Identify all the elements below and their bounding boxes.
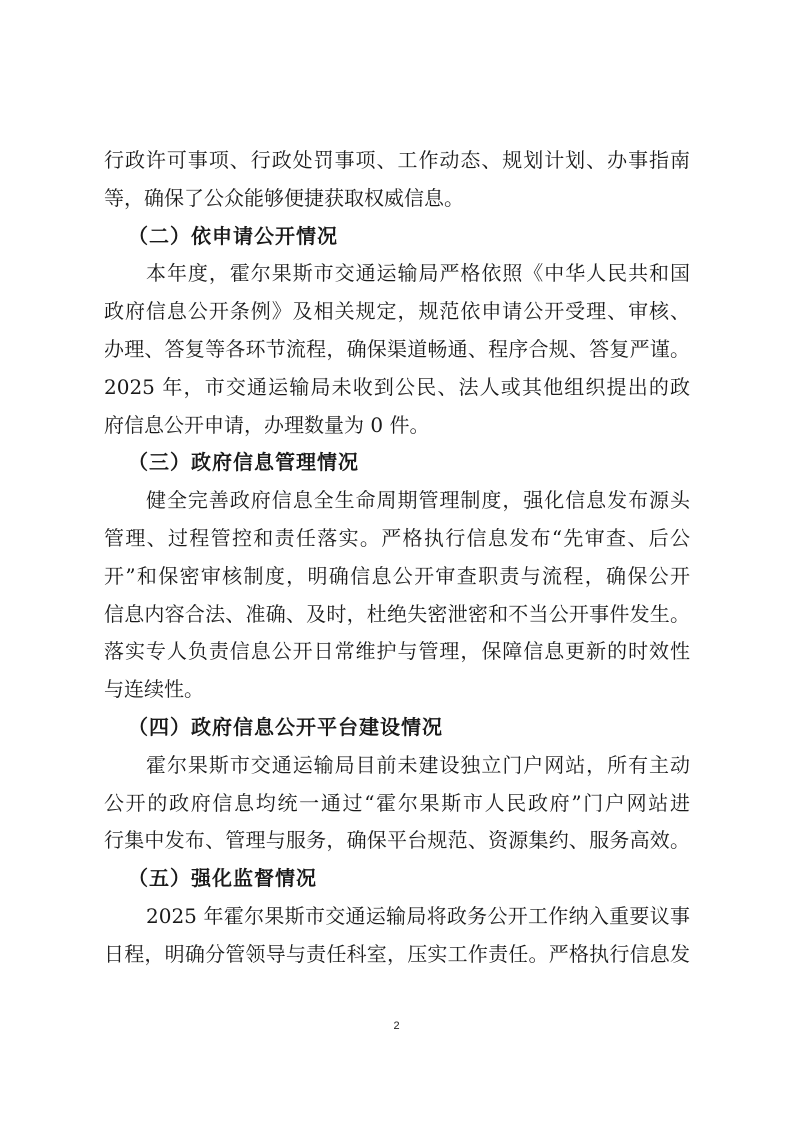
body-line: 与连续性。 (104, 671, 690, 709)
body-line: 2025 年霍尔果斯市交通运输局将政务公开工作纳入重要议事 (104, 898, 690, 936)
body-line: 府信息公开申请，办理数量为 0 件。 (104, 407, 690, 445)
body-line: 落实专人负责信息公开日常维护与管理，保障信息更新的时效性 (104, 633, 690, 671)
body-line: 行集中发布、管理与服务，确保平台规范、资源集约、服务高效。 (104, 822, 690, 860)
section-heading-4: （四）政府信息公开平台建设情况 (104, 709, 690, 747)
document-page: 行政许可事项、行政处罚事项、工作动态、规划计划、办事指南 等，确保了公众能够便捷… (104, 142, 690, 974)
body-line: 信息内容合法、准确、及时，杜绝失密泄密和不当公开事件发生。 (104, 596, 690, 634)
body-line: 等，确保了公众能够便捷获取权威信息。 (104, 180, 690, 218)
body-line: 2025 年，市交通运输局未收到公民、法人或其他组织提出的政 (104, 369, 690, 407)
body-line: 公开的政府信息均统一通过“霍尔果斯市人民政府”门户网站进 (104, 785, 690, 823)
body-line: 日程，明确分管领导与责任科室，压实工作责任。严格执行信息发 (104, 936, 690, 974)
body-line: 办理、答复等各环节流程，确保渠道畅通、程序合规、答复严谨。 (104, 331, 690, 369)
body-line: 开”和保密审核制度，明确信息公开审查职责与流程，确保公开 (104, 558, 690, 596)
body-line: 健全完善政府信息全生命周期管理制度，强化信息发布源头 (104, 482, 690, 520)
section-heading-5: （五）强化监督情况 (104, 860, 690, 898)
body-line: 霍尔果斯市交通运输局目前未建设独立门户网站，所有主动 (104, 747, 690, 785)
section-heading-2: （二）依申请公开情况 (104, 218, 690, 256)
body-line: 本年度，霍尔果斯市交通运输局严格依照《中华人民共和国 (104, 255, 690, 293)
page-number: 2 (0, 1020, 793, 1032)
body-line: 政府信息公开条例》及相关规定，规范依申请公开受理、审核、 (104, 293, 690, 331)
section-heading-3: （三）政府信息管理情况 (104, 444, 690, 482)
body-line: 行政许可事项、行政处罚事项、工作动态、规划计划、办事指南 (104, 142, 690, 180)
body-line: 管理、过程管控和责任落实。严格执行信息发布“先审查、后公 (104, 520, 690, 558)
